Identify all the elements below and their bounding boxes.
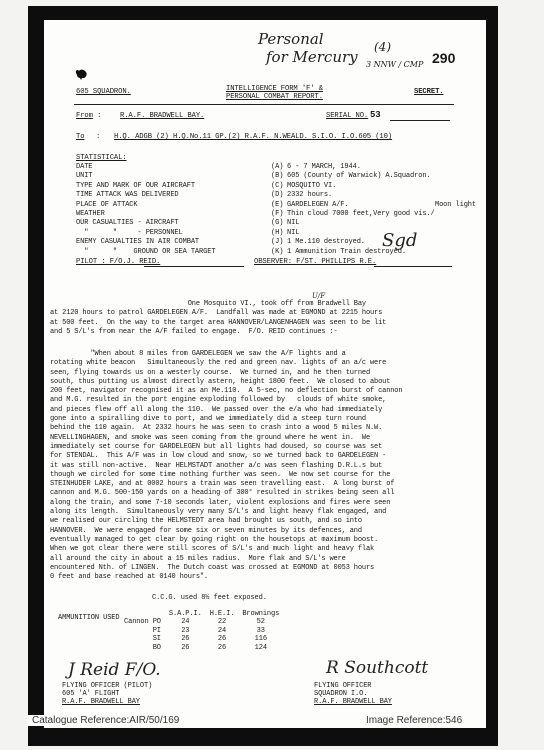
statistical-letter: (D) bbox=[271, 191, 287, 200]
header-divider bbox=[74, 104, 454, 105]
statistical-letter: (A) bbox=[271, 163, 287, 172]
ammunition-cell: Cannon PO bbox=[120, 618, 165, 626]
pilot-rank: FLYING OFFICER (PILOT) bbox=[62, 682, 152, 690]
from-value: R.A.F. BRADWELL BAY. bbox=[120, 112, 204, 120]
statistical-value: 6 - 7 MARCH, 1944. bbox=[287, 163, 361, 172]
ammunition-cell: 26 bbox=[165, 635, 206, 643]
image-reference: Image Reference:546 bbox=[362, 715, 466, 726]
form-title-line-1: INTELLIGENCE FORM 'F' & bbox=[226, 85, 323, 93]
statistical-row: WEATHER(F)Thin cloud 7000 feet,Very good… bbox=[76, 210, 486, 219]
serial-underline bbox=[390, 120, 450, 121]
statistical-label: TYPE AND MARK OF OUR AIRCRAFT bbox=[76, 182, 271, 191]
handwritten-note-personal: Personal bbox=[258, 30, 324, 48]
ammunition-cell: 52 bbox=[238, 618, 283, 626]
statistical-value: NIL bbox=[287, 219, 299, 228]
statistical-row: " " - PERSONNEL(H)NIL bbox=[76, 229, 486, 238]
handwritten-number: (4) bbox=[374, 40, 391, 54]
ammunition-column-header: S.A.P.I. bbox=[165, 610, 206, 618]
ammunition-label: AMMUNITION USED bbox=[58, 614, 120, 622]
statistical-value: GARDELEGEN A/F. bbox=[287, 201, 349, 210]
pilot-name: PILOT : F/O.J. REID. bbox=[76, 258, 160, 266]
ammunition-cell: 24 bbox=[206, 627, 239, 635]
handwritten-reference: 3 NNW / CMP bbox=[366, 60, 423, 69]
serial-label: SERIAL NO. bbox=[326, 112, 368, 120]
statistical-label: UNIT bbox=[76, 172, 271, 181]
ammunition-cell: 26 bbox=[206, 635, 239, 643]
statistical-label: " " - PERSONNEL bbox=[76, 229, 271, 238]
statistical-label: DATE bbox=[76, 163, 271, 172]
classification-label: SECRET. bbox=[414, 88, 444, 96]
observer-name: OBSERVER: F/ST. PHILLIPS R.E. bbox=[254, 258, 376, 266]
serial-number: 53 bbox=[370, 110, 381, 120]
ammunition-row: PI232433 bbox=[120, 627, 283, 635]
statistical-heading: STATISTICAL: bbox=[76, 154, 127, 162]
catalogue-reference: Catalogue Reference:AIR/50/169 bbox=[28, 715, 183, 726]
ammunition-cell: SI bbox=[120, 635, 165, 643]
statistical-row: DATE(A)6 - 7 MARCH, 1944. bbox=[76, 163, 486, 172]
statistical-row: PLACE OF ATTACK(E)GARDELEGEN A/F.Moon li… bbox=[76, 201, 486, 210]
correction-mark: U/F bbox=[312, 292, 325, 300]
document-page: Personal for Mercury (4) 3 NNW / CMP 290… bbox=[44, 20, 486, 728]
ammunition-cell: 124 bbox=[238, 644, 283, 652]
intelligence-officer-signature: R Southcott bbox=[326, 658, 428, 678]
statistical-value: 1 Me.110 destroyed. bbox=[287, 238, 365, 247]
handwritten-initials: Sgd bbox=[382, 230, 417, 251]
statistical-row: OUR CASUALTIES - AIRCRAFT(G)NIL bbox=[76, 219, 486, 228]
narrative-paragraph-2: "When about 8 miles from GARDELEGEN we s… bbox=[50, 350, 482, 582]
ammunition-cell: 116 bbox=[238, 635, 283, 643]
squadron-name: 605 SQUADRON. bbox=[76, 88, 131, 96]
camera-gun-usage: C.C.G. used 8½ feet exposed. bbox=[152, 594, 267, 602]
ammunition-cell: 24 bbox=[165, 618, 206, 626]
statistical-letter: (K) bbox=[271, 248, 287, 257]
ammunition-cell: 22 bbox=[206, 618, 239, 626]
to-value: H.Q. ADGB (2) H.Q.No.11 GP.(2) R.A.F. N.… bbox=[114, 133, 392, 141]
statistical-label: TIME ATTACK WAS DELIVERED bbox=[76, 191, 271, 200]
io-rank: FLYING OFFICER bbox=[314, 682, 371, 690]
statistical-value: 605 (County of Warwick) A.Squadron. bbox=[287, 172, 431, 181]
statistical-letter: (B) bbox=[271, 172, 287, 181]
statistical-value: Thin cloud 7000 feet,Very good vis./ bbox=[287, 210, 435, 219]
ammunition-cell: 23 bbox=[165, 627, 206, 635]
ammunition-cell: PI bbox=[120, 627, 165, 635]
ammunition-cell: 33 bbox=[238, 627, 283, 635]
statistical-value: MOSQUITO VI. bbox=[287, 182, 336, 191]
pilot-station: R.A.F. BRADWELL BAY bbox=[62, 698, 140, 706]
folio-number: 290 bbox=[432, 50, 455, 66]
from-label: From : bbox=[76, 112, 101, 120]
statistical-letter: (G) bbox=[271, 219, 287, 228]
squadron-emblem-icon bbox=[74, 68, 88, 80]
statistical-label: PLACE OF ATTACK bbox=[76, 201, 271, 210]
statistical-row: TYPE AND MARK OF OUR AIRCRAFT(C)MOSQUITO… bbox=[76, 182, 486, 191]
statistical-value: 2332 hours. bbox=[287, 191, 332, 200]
handwritten-note-mercury: for Mercury bbox=[266, 48, 358, 66]
pilot-flight: 605 'A' FLIGHT bbox=[62, 690, 119, 698]
archive-footer: Catalogue Reference:AIR/50/169 Image Ref… bbox=[28, 715, 498, 735]
io-station: R.A.F. BRADWELL BAY bbox=[314, 698, 392, 706]
statistical-row: UNIT(B)605 (County of Warwick) A.Squadro… bbox=[76, 172, 486, 181]
statistical-value: NIL bbox=[287, 229, 299, 238]
ammunition-column-header: Brownings bbox=[238, 610, 283, 618]
statistical-label: OUR CASUALTIES - AIRCRAFT bbox=[76, 219, 271, 228]
statistical-letter: (E) bbox=[271, 201, 287, 210]
statistical-note: Moon light bbox=[435, 201, 486, 210]
io-role: SQUADRON I.O. bbox=[314, 690, 367, 698]
statistical-letter: (F) bbox=[271, 210, 287, 219]
ammunition-row: SI2626116 bbox=[120, 635, 283, 643]
statistical-letter: (J) bbox=[271, 238, 287, 247]
statistical-letter: (H) bbox=[271, 229, 287, 238]
statistical-letter: (C) bbox=[271, 182, 287, 191]
ammunition-cell: 26 bbox=[165, 644, 206, 652]
statistical-label: ENEMY CASUALTIES IN AIR COMBAT bbox=[76, 238, 271, 247]
pilot-signature: J Reid F/O. bbox=[68, 660, 161, 680]
to-label: To bbox=[76, 133, 84, 141]
ammunition-table: S.A.P.I.H.E.I.Brownings Cannon PO242252P… bbox=[120, 610, 283, 652]
statistical-row: ENEMY CASUALTIES IN AIR COMBAT(J)1 Me.11… bbox=[76, 238, 486, 247]
statistical-row: TIME ATTACK WAS DELIVERED(D)2332 hours. bbox=[76, 191, 486, 200]
narrative-paragraph-1: One Mosquito VI., took off from Bradwell… bbox=[50, 300, 482, 337]
ammunition-row: BO2626124 bbox=[120, 644, 283, 652]
ammunition-cell: BO bbox=[120, 644, 165, 652]
crew-underline-2 bbox=[374, 266, 452, 267]
ammunition-cell: 26 bbox=[206, 644, 239, 652]
ammunition-column-header bbox=[120, 610, 165, 618]
statistical-label: " " GROUND OR SEA TARGET bbox=[76, 248, 271, 257]
crew-underline-1 bbox=[144, 266, 244, 267]
form-title-line-2: PERSONAL COMBAT REPORT. bbox=[226, 93, 323, 101]
statistical-label: WEATHER bbox=[76, 210, 271, 219]
ammunition-column-header: H.E.I. bbox=[206, 610, 239, 618]
ammunition-row: Cannon PO242252 bbox=[120, 618, 283, 626]
statistical-row: " " GROUND OR SEA TARGET(K)1 Ammunition … bbox=[76, 248, 486, 257]
